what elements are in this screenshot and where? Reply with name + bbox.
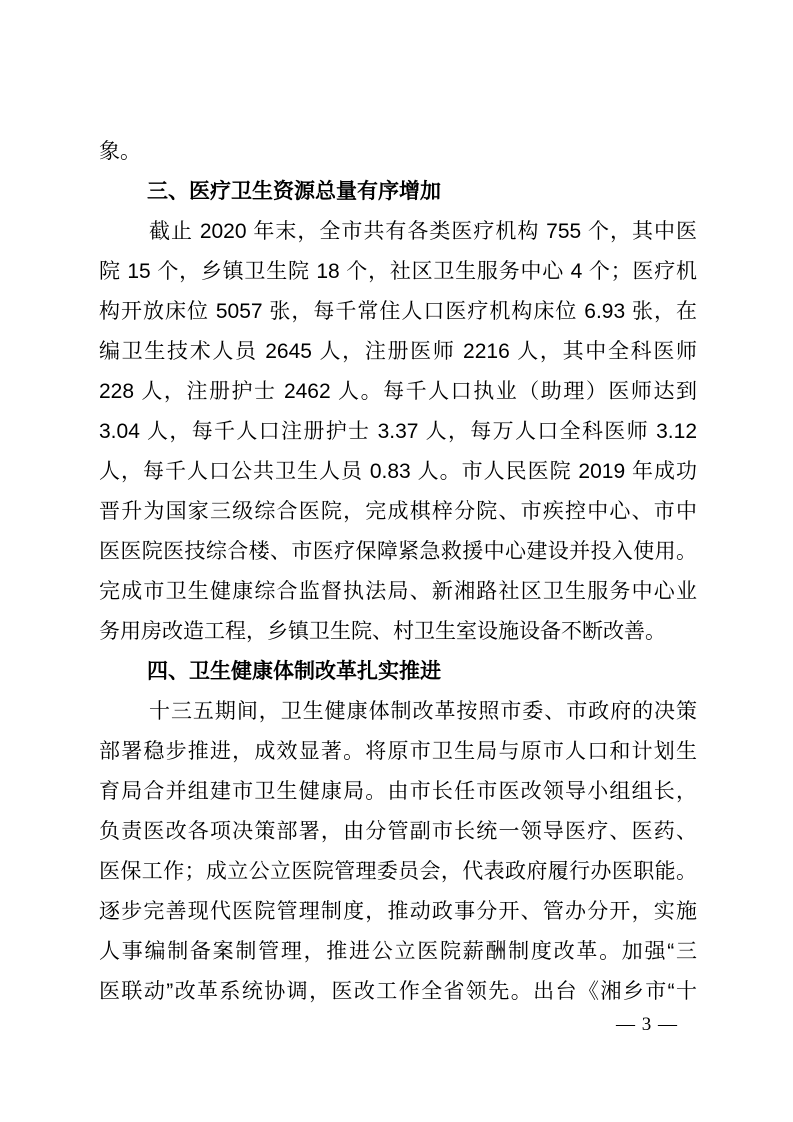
document-body: 象。 三、医疗卫生资源总量有序增加 截止 2020 年末，全市共有各类医疗机构 … [99,132,697,1012]
section-heading-three: 三、医疗卫生资源总量有序增加 [99,172,697,212]
text-line: 部署稳步推进，成效显著。将原市卫生局与原市人口和计划生 [99,732,697,772]
text-line: 医医院医技综合楼、市医疗保障紧急救援中心建设并投入使用。 [99,532,697,572]
text-line: 育局合并组建市卫生健康局。由市长任市医改领导小组组长， [99,772,697,812]
text-line: 逐步完善现代医院管理制度，推动政事分开、管办分开，实施 [99,892,697,932]
text-line: 医联动”改革系统协调，医改工作全省领先。出台《湘乡市“十 [99,972,697,1012]
text-line: 截止 2020 年末，全市共有各类医疗机构 755 个，其中医 [99,212,697,252]
section-heading-four: 四、卫生健康体制改革扎实推进 [99,652,697,692]
text-line: 十三五期间，卫生健康体制改革按照市委、市政府的决策 [99,692,697,732]
text-line: 医保工作；成立公立医院管理委员会，代表政府履行办医职能。 [99,852,697,892]
text-line: 完成市卫生健康综合监督执法局、新湘路社区卫生服务中心业 [99,572,697,612]
text-line: 人，每千人口公共卫生人员 0.83 人。市人民医院 2019 年成功 [99,452,697,492]
text-line: 人事编制备案制管理，推进公立医院薪酬制度改革。加强“三 [99,932,697,972]
paragraph-continuation-line: 象。 [99,132,697,172]
text-line: 3.04 人，每千人口注册护士 3.37 人，每万人口全科医师 3.12 [99,412,697,452]
text-line: 构开放床位 5057 张，每千常住人口医疗机构床位 6.93 张，在 [99,292,697,332]
text-line: 务用房改造工程，乡镇卫生院、村卫生室设施设备不断改善。 [99,612,697,652]
text-line: 负责医改各项决策部署，由分管副市长统一领导医疗、医药、 [99,812,697,852]
page-number: — 3 — [616,1012,678,1038]
text-line: 编卫生技术人员 2645 人，注册医师 2216 人，其中全科医师 [99,332,697,372]
document-page: 象。 三、医疗卫生资源总量有序增加 截止 2020 年末，全市共有各类医疗机构 … [0,0,793,1122]
text-line: 晋升为国家三级综合医院，完成棋梓分院、市疾控中心、市中 [99,492,697,532]
text-line: 228 人，注册护士 2462 人。每千人口执业（助理）医师达到 [99,372,697,412]
text-line: 院 15 个，乡镇卫生院 18 个，社区卫生服务中心 4 个；医疗机 [99,252,697,292]
